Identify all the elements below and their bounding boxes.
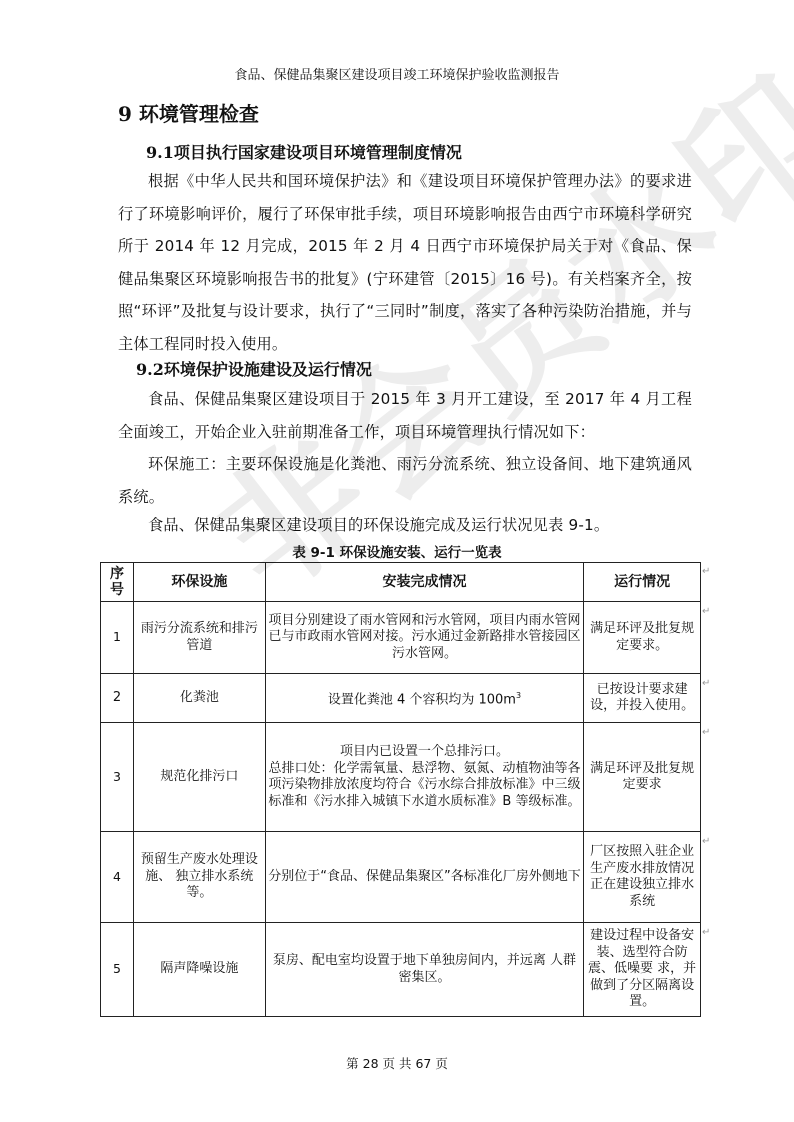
- paragraph-mark-icon: ↵: [702, 836, 710, 847]
- paragraph-9-1: 根据《中华人民共和国环境保护法》和《建设项目环境保护管理办法》的要求进行了环境影…: [118, 165, 692, 360]
- header-status: 运行情况: [584, 563, 701, 602]
- cell-status: 建设过程中设备安装、选型符合防震、低噪要 求，并做到了分区隔离设置。: [584, 923, 701, 1017]
- paragraph-mark-icon: ↵: [702, 566, 710, 577]
- cell-status: 满足环评及批复规定要求。: [584, 602, 701, 674]
- cell-status: 厂区按照入驻企业生产废水排放情况正在建设独立排水系统: [584, 832, 701, 923]
- install-detail: 总排口处：化学需氧量、悬浮物、氨氮、动植物油等各项污染物排放浓度均符合《污水综合…: [268, 761, 581, 811]
- paragraph-mark-icon: ↵: [702, 727, 710, 738]
- paragraph-9-2-a: 食品、保健品集聚区建设项目于 2015 年 3 月开工建设，至 2017 年 4…: [118, 383, 692, 448]
- header-facility: 环保设施: [133, 563, 265, 602]
- table-row: 4 预留生产废水处理设施、 独立排水系统等。 分别位于“食品、保健品集聚区”各标…: [101, 832, 701, 923]
- cell-status: 已按设计要求建设，并投入使用。: [584, 674, 701, 723]
- cell-facility: 化粪池: [133, 674, 265, 723]
- cell-no: 5: [101, 923, 134, 1017]
- cell-install: 设置化粪池 4 个容积均为 100m3: [265, 674, 583, 723]
- cell-install: 项目内已设置一个总排污口。总排口处：化学需氧量、悬浮物、氨氮、动植物油等各项污染…: [265, 723, 583, 832]
- table-row: 5 隔声降噪设施 泵房、配电室均设置于地下单独房间内，并远离 人群密集区。 建设…: [101, 923, 701, 1017]
- table-caption: 表 9-1 环保设施安装、运行一览表: [0, 541, 794, 561]
- paragraph-mark-icon: ↵: [702, 606, 710, 617]
- unit-superscript: 3: [516, 691, 521, 700]
- cell-facility: 隔声降噪设施: [133, 923, 265, 1017]
- page-number: 第 28 页 共 67 页: [0, 1054, 794, 1072]
- table-row: 1 雨污分流系统和排污管道 项目分别建设了雨水管网和污水管网，项目内雨水管网已与…: [101, 602, 701, 674]
- cell-install: 泵房、配电室均设置于地下单独房间内，并远离 人群密集区。: [265, 923, 583, 1017]
- document-page: 食品、保健品集聚区建设项目竣工环境保护验收监测报告 9 环境管理检查 9.1项目…: [0, 0, 794, 1122]
- cell-no: 4: [101, 832, 134, 923]
- table-row: 3 规范化排污口 项目内已设置一个总排污口。总排口处：化学需氧量、悬浮物、氨氮、…: [101, 723, 701, 832]
- paragraph-9-2-c: 食品、保健品集聚区建设项目的环保设施完成及运行状况见表 9-1。: [118, 509, 692, 542]
- cell-no: 2: [101, 674, 134, 723]
- cell-status: 满足环评及批复规定要求: [584, 723, 701, 832]
- paragraph-9-2-b: 环保施工：主要环保设施是化粪池、雨污分流系统、独立设备间、地下建筑通风系统。: [118, 448, 692, 513]
- paragraph-mark-icon: ↵: [702, 678, 710, 689]
- install-text: 设置化粪池 4 个容积均为 100m: [328, 692, 516, 707]
- header-no: 序号: [101, 563, 134, 602]
- subsection-title-9-1: 9.1项目执行国家建设项目环境管理制度情况: [146, 140, 462, 163]
- header-install: 安装完成情况: [265, 563, 583, 602]
- cell-install: 分别位于“食品、保健品集聚区”各标准化厂房外侧地下: [265, 832, 583, 923]
- cell-facility: 雨污分流系统和排污管道: [133, 602, 265, 674]
- cell-facility: 规范化排污口: [133, 723, 265, 832]
- cell-install: 项目分别建设了雨水管网和污水管网，项目内雨水管网已与市政雨水管网对接。污水通过金…: [265, 602, 583, 674]
- facilities-table: 序号 环保设施 安装完成情况 运行情况 1 雨污分流系统和排污管道 项目分别建设…: [100, 562, 701, 1017]
- cell-no: 1: [101, 602, 134, 674]
- table-header-row: 序号 环保设施 安装完成情况 运行情况: [101, 563, 701, 602]
- subsection-title-9-2: 9.2环境保护设施建设及运行情况: [136, 357, 372, 380]
- running-header: 食品、保健品集聚区建设项目竣工环境保护验收监测报告: [0, 64, 794, 83]
- table-row: 2 化粪池 设置化粪池 4 个容积均为 100m3 已按设计要求建设，并投入使用…: [101, 674, 701, 723]
- section-title: 9 环境管理检查: [118, 98, 259, 127]
- install-line1: 项目内已设置一个总排污口。: [268, 744, 581, 761]
- cell-facility: 预留生产废水处理设施、 独立排水系统等。: [133, 832, 265, 923]
- cell-no: 3: [101, 723, 134, 832]
- paragraph-mark-icon: ↵: [702, 927, 710, 938]
